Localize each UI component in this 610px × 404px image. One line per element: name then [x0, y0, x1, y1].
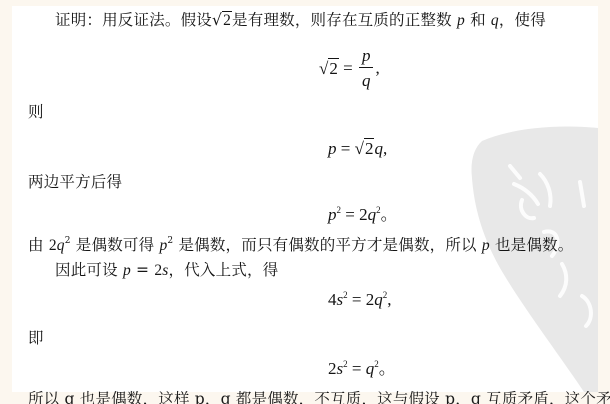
text-ze: 则 [28, 102, 44, 122]
intro-prefix: 证明：用反证法。假设 [55, 11, 212, 29]
equation-4s-squared-equals-2q-squared: 4s2 = 2q2, [328, 290, 391, 310]
equation-2s-squared-equals-q-squared: 2s2 = q2。 [328, 359, 396, 379]
coefficient: 4 [328, 290, 337, 309]
punctuation: , [383, 139, 387, 158]
conclusion-line-cut-off: 所以 q 也是偶数，这样 p，q 都是偶数，不互质，这与假设 p，q 互质矛盾，… [28, 389, 610, 404]
punctuation: , [375, 59, 379, 78]
var-q: q [368, 205, 377, 224]
text-segment: ，代入上式，得 [169, 261, 279, 279]
var-q: q [374, 139, 383, 158]
text-segment: 也是偶数。 [490, 236, 574, 254]
equals-sign: = [339, 59, 357, 78]
fraction-numerator: p [359, 46, 374, 68]
proof-intro-paragraph: 证明：用反证法。假设√2是有理数，则存在互质的正整数 p 和 q，使得 [55, 10, 546, 31]
fraction-denominator: q [359, 68, 374, 91]
text-segment: 是偶数可得 [71, 236, 160, 254]
substitution-paragraph: 因此可设 p = 2s，代入上式，得 [55, 260, 278, 281]
punctuation: 。 [379, 359, 396, 378]
punctuation: 。 [381, 205, 398, 224]
radical-sign-icon: √ [319, 59, 328, 78]
equation-sqrt2-equals-p-over-q: √2 = pq, [319, 46, 380, 91]
equals-sign: = [341, 205, 359, 224]
var-p: p [457, 12, 465, 29]
sqrt-expression: √2 [212, 10, 232, 31]
sqrt-expression: √2 [319, 59, 339, 79]
sqrt-expression: √2 [355, 139, 375, 159]
coefficient: 2 [328, 359, 337, 378]
var-q: q [374, 290, 383, 309]
text-segment: 由 [28, 236, 49, 254]
equation-p-equals-sqrt2-q: p = √2q, [328, 139, 387, 159]
seal-watermark-icon [12, 6, 598, 392]
document-page: 证明：用反证法。假设√2是有理数，则存在互质的正整数 p 和 q，使得 √2 =… [12, 6, 598, 392]
equals-sign: = [348, 359, 366, 378]
equals-sign: = [337, 139, 355, 158]
var-q: q [366, 359, 375, 378]
equation-p-squared-equals-2q-squared: p2 = 2q2。 [328, 205, 398, 225]
var-p: p [328, 205, 337, 224]
var-q: q [57, 237, 65, 254]
coefficient: 2 [366, 290, 375, 309]
var-p: p [482, 237, 490, 254]
coefficient: 2 [49, 237, 57, 254]
text-square-both-sides: 两边平方后得 [28, 172, 122, 192]
var-p: p [328, 139, 337, 158]
punctuation: , [387, 290, 391, 309]
var-p: p [123, 262, 131, 279]
equals-sign: = [131, 261, 154, 279]
radical-sign-icon: √ [355, 139, 364, 158]
text-segment: 是偶数，而只有偶数的平方才是偶数，所以 [173, 236, 482, 254]
intro-and: 和 [465, 11, 491, 29]
even-reasoning-paragraph: 由 2q2 是偶数可得 p2 是偶数，而只有偶数的平方才是偶数，所以 p 也是偶… [28, 235, 573, 256]
intro-middle: 是有理数，则存在互质的正整数 [232, 11, 457, 29]
text-ji: 即 [28, 328, 44, 348]
equals-sign: = [348, 290, 366, 309]
radical-sign-icon: √ [212, 11, 222, 29]
fraction: pq [359, 46, 374, 91]
intro-suffix: ，使得 [499, 11, 546, 29]
var-q: q [491, 12, 499, 29]
text-segment: 因此可设 [55, 261, 123, 279]
coefficient: 2 [359, 205, 368, 224]
